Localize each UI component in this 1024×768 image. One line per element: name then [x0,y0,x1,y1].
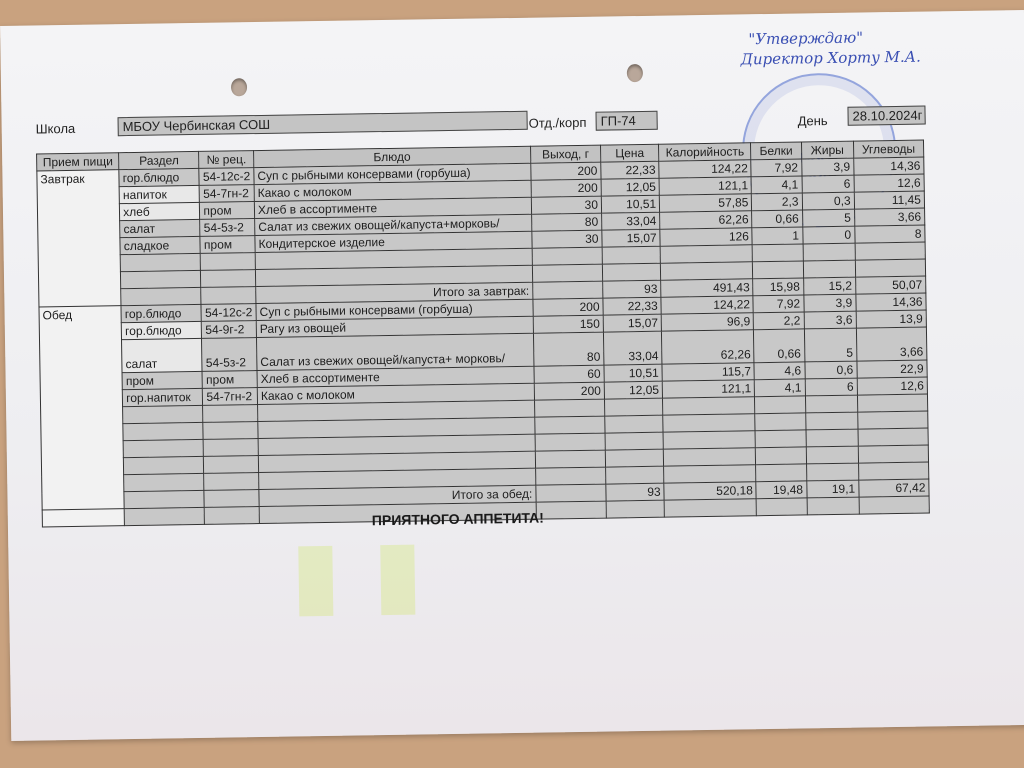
cell-price: 33,04 [602,212,660,230]
empty-cell [204,473,259,491]
total-carbs: 67,42 [859,479,930,497]
cell-calories: 96,9 [661,313,754,331]
cell-section: салат [120,219,200,237]
empty-cell [664,465,757,483]
cell-price: 10,51 [604,364,662,382]
column-header: Калорийность [659,143,752,161]
total-protein: 19,48 [756,481,806,499]
empty-cell [535,433,605,451]
cell-calories: 121,1 [659,177,752,195]
column-header: № рец. [199,151,254,169]
total-calories: 491,43 [661,279,754,297]
empty-cell [602,246,660,264]
cell-carbs: 11,45 [854,191,925,209]
cell-recipe: 54-5з-2 [200,219,255,237]
cell-section: хлеб [120,202,200,220]
cell-fat: 0 [802,226,854,244]
empty-cell [123,405,203,423]
column-header: Углеводы [853,140,924,158]
cell-calories: 121,1 [662,380,755,398]
empty-cell [755,413,805,431]
cell-yield: 30 [531,196,601,214]
empty-cell [806,463,858,481]
empty-cell [532,281,602,299]
cell-section: пром [122,371,202,389]
empty-cell [663,448,756,466]
meal-name: Завтрак [37,170,121,307]
cell-fat: 0,3 [802,192,854,210]
cell-fat: 5 [802,209,854,227]
empty-cell [203,405,258,423]
empty-cell [120,253,200,271]
cell-yield: 80 [533,332,604,366]
cell-price: 33,04 [603,331,662,365]
cell-fat: 0,6 [805,361,857,379]
empty-cell [201,253,256,271]
cell-protein: 4,1 [755,379,805,397]
highlighter-bleed [298,546,333,617]
empty-cell [806,446,858,464]
empty-cell [532,247,602,265]
total-fat: 15,2 [803,277,855,295]
empty-cell [536,484,606,502]
empty-cell [532,264,602,282]
cell-section: сладкое [120,236,200,254]
cell-fat: 3,6 [804,311,856,329]
empty-cell [805,412,857,430]
cell-carbs: 8 [855,225,926,243]
column-header: Цена [601,144,659,162]
empty-cell [661,262,754,280]
empty-cell [201,270,256,288]
cell-calories: 115,7 [662,363,755,381]
cell-price: 15,07 [602,229,660,247]
empty-cell [121,270,201,288]
cell-carbs: 3,66 [856,327,927,361]
cell-calories: 57,85 [659,194,752,212]
empty-cell [606,466,664,484]
cell-carbs: 14,36 [856,293,927,311]
empty-cell [535,450,605,468]
cell-calories: 62,26 [660,211,753,229]
cell-yield: 80 [531,213,601,231]
cell-carbs: 12,6 [857,377,928,395]
cell-fat: 6 [802,175,854,193]
total-protein: 15,98 [753,278,803,296]
cell-protein: 0,66 [754,329,805,363]
cell-fat: 6 [805,378,857,396]
empty-cell [858,462,929,480]
cell-fat: 3,9 [801,158,853,176]
empty-cell [805,395,857,413]
day-value: 28.10.2024г [847,106,925,126]
empty-cell [602,263,660,281]
cell-recipe: 54-5з-2 [202,338,257,372]
empty-cell [605,449,663,467]
cell-protein: 0,66 [752,210,802,228]
cell-carbs: 22,9 [857,360,928,378]
cell-price: 22,33 [603,297,661,315]
cell-recipe: пром [200,236,255,254]
empty-cell [755,430,805,448]
cell-protein: 2,3 [752,193,802,211]
cell-section: салат [122,338,203,372]
empty-cell [123,422,203,440]
column-header: Прием пищи [37,153,119,171]
empty-cell [753,244,803,262]
cell-recipe: пром [200,202,255,220]
cell-recipe: пром [202,371,257,389]
empty-cell [855,242,926,260]
cell-dish: Салат из свежих овощей/капуста+ морковь/ [256,333,533,370]
total-calories: 520,18 [664,482,757,500]
empty-cell [663,414,756,432]
school-label: Школа [36,121,76,137]
menu-sheet: "Утверждаю" Директор Хорту М.А. МБОУ СОШ… [0,10,1024,741]
cell-protein: 7,92 [753,295,803,313]
cell-price: 12,05 [604,381,662,399]
empty-cell [535,467,605,485]
cell-yield: 30 [532,230,602,248]
cell-recipe: 54-9г-2 [202,321,257,339]
empty-cell [605,415,663,433]
total-carbs: 50,07 [855,276,926,294]
cell-protein: 4,6 [754,362,804,380]
cell-protein: 1 [752,227,802,245]
empty-cell [535,416,605,434]
table-body: Завтракгор.блюдо54-12с-2Суп с рыбными ко… [37,157,929,527]
cell-section: гор.напиток [123,388,203,406]
empty-cell [121,287,201,305]
empty-cell [660,245,753,263]
cell-yield: 150 [533,315,603,333]
column-header: Жиры [801,141,853,159]
cell-yield: 200 [533,298,603,316]
cell-recipe: 54-12с-2 [201,304,256,322]
approval-handwriting-line2: Директор Хорту М.А. [741,48,921,69]
cell-section: напиток [119,185,199,203]
column-header: Белки [751,142,801,160]
empty-cell [124,456,204,474]
cell-recipe: 54-7гн-2 [200,185,255,203]
cell-carbs: 14,36 [853,157,924,175]
empty-cell [753,261,803,279]
cell-section: гор.блюдо [121,321,201,339]
cell-fat: 3,9 [803,294,855,312]
total-price: 93 [603,280,661,298]
empty-cell [806,429,858,447]
empty-cell [124,473,204,491]
column-header: Раздел [119,151,199,169]
empty-cell [201,287,256,305]
cell-price: 22,33 [601,161,659,179]
total-fat: 19,1 [806,480,858,498]
empty-cell [855,259,926,277]
empty-cell [204,490,259,508]
empty-cell [534,399,604,417]
empty-cell [755,396,805,414]
empty-cell [203,422,258,440]
dept-label: Отд./корп [529,115,587,131]
empty-cell [123,439,203,457]
cell-calories: 62,26 [662,330,755,364]
empty-cell [605,432,663,450]
cell-section: гор.блюдо [119,168,199,186]
cell-price: 10,51 [601,195,659,213]
cell-carbs: 3,66 [854,208,925,226]
empty-cell [756,447,806,465]
empty-cell [803,243,855,261]
cell-carbs: 12,6 [854,174,925,192]
cell-protein: 7,92 [751,159,801,177]
cell-yield: 200 [534,382,604,400]
cell-calories: 126 [660,228,753,246]
cell-fat: 5 [804,328,857,362]
cell-recipe: 54-7гн-2 [203,388,258,406]
punch-hole [231,78,247,96]
cell-yield: 60 [534,365,604,383]
punch-hole [627,64,643,82]
cell-calories: 124,22 [661,296,754,314]
highlighter-bleed [380,545,415,616]
school-value: МБОУ Чербинская СОШ [118,111,528,136]
empty-cell [204,439,259,457]
total-price: 93 [606,483,664,501]
empty-cell [857,394,928,412]
cell-calories: 124,22 [659,160,752,178]
cell-carbs: 13,9 [856,310,927,328]
cell-section: гор.блюдо [121,304,201,322]
cell-protein: 4,1 [751,176,801,194]
empty-cell [124,490,204,508]
empty-cell [204,456,259,474]
cell-recipe: 54-12с-2 [199,168,254,186]
approval-handwriting-line1: "Утверждаю" [748,28,863,48]
cell-yield: 200 [531,179,601,197]
empty-cell [663,397,756,415]
empty-cell [605,398,663,416]
cell-yield: 200 [531,162,601,180]
empty-cell [858,445,929,463]
cell-protein: 2,2 [754,312,804,330]
empty-cell [803,260,855,278]
cell-price: 12,05 [601,178,659,196]
dept-value: ГП-74 [595,111,657,131]
empty-cell [663,431,756,449]
empty-cell [858,428,929,446]
meal-name: Обед [39,306,124,510]
day-label: День [798,113,828,128]
empty-cell [857,411,928,429]
cell-price: 15,07 [603,314,661,332]
empty-cell [756,464,806,482]
menu-table: Прием пищи Раздел № рец. Блюдо Выход, г … [36,140,930,528]
column-header: Выход, г [530,145,600,163]
